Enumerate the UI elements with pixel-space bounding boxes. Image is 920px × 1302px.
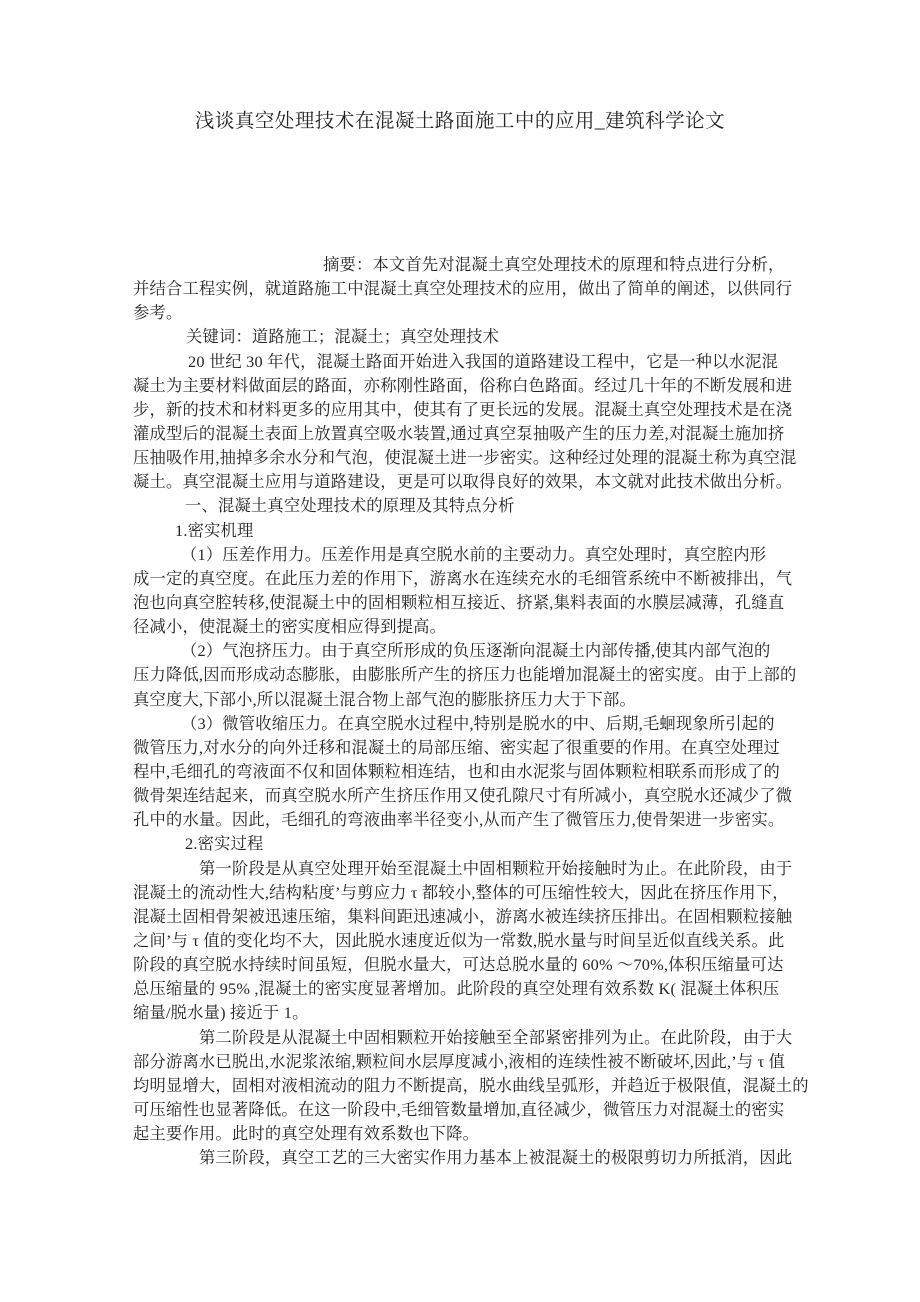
text-line: 径减小，使混凝土的密实度相应得到提高。 xyxy=(133,615,793,639)
text-line: 阶段的真空脱水持续时间虽短，但脱水量大，可达总脱水量的 60% ～70%,体积压… xyxy=(133,953,793,977)
text-line: 凝土。真空混凝土应用与道路建设，更是可以取得良好的效果，本文就对此技术做出分析。 xyxy=(133,470,793,494)
text-line: 微骨架连结起来，而真空脱水所产生挤压作用又使孔隙尺寸有所减小，真空脱水还减少了微 xyxy=(133,784,793,808)
text-line: 关键词：道路施工；混凝土；真空处理技术 xyxy=(133,325,793,349)
text-line: 并结合工程实例，就道路施工中混凝土真空处理技术的应用，做出了简单的阐述，以供同行 xyxy=(133,277,793,301)
text-line: 部分游离水已脱出,水泥浆浓缩,颗粒间水层厚度减小,液相的连续性被不断破坏,因此,… xyxy=(133,1050,793,1074)
text-line: 摘要：本文首先对混凝土真空处理技术的原理和特点进行分析， xyxy=(133,253,793,277)
text-line: 1.密实机理 xyxy=(133,519,793,543)
text-line: 混凝土固相骨架被迅速压缩，集料间距迅速减小，游离水被连续挤压排出。在固相颗粒接触 xyxy=(133,905,793,929)
text-line: （2）气泡挤压力。由于真空所形成的负压逐渐向混凝土内部传播,使其内部气泡的 xyxy=(133,639,793,663)
text-line: 步，新的技术和材料更多的应用其中，使其有了更长远的发展。混凝土真空处理技术是在浇 xyxy=(133,398,793,422)
text-line: 参考。 xyxy=(133,301,793,325)
text-line: 压抽吸作用,抽掉多余水分和气泡，使混凝土进一步密实。这种经过处理的混凝土称为真空… xyxy=(133,446,793,470)
text-line: 程中,毛细孔的弯液面不仅和固体颗粒相连结，也和由水泥浆与固体颗粒相联系而形成了的 xyxy=(133,760,793,784)
text-line: 凝土为主要材料做面层的路面，亦称刚性路面，俗称白色路面。经过几十年的不断发展和进 xyxy=(133,374,793,398)
text-line: 总压缩量的 95% ,混凝土的密实度显著增加。此阶段的真空处理有效系数 K( 混… xyxy=(133,977,793,1001)
text-line: 缩量/脱水量) 接近于 1。 xyxy=(133,1001,793,1025)
text-line: 一、混凝土真空处理技术的原理及其特点分析 xyxy=(133,494,793,518)
text-line: 混凝土的流动性大,结构粘度’与剪应力 τ 都较小,整体的可压缩性较大，因此在挤压… xyxy=(133,881,793,905)
text-line: （1）压差作用力。压差作用是真空脱水前的主要动力。真空处理时，真空腔内形 xyxy=(133,543,793,567)
text-line: （3）微管收缩压力。在真空脱水过程中,特别是脱水的中、后期,毛蛔现象所引起的 xyxy=(133,712,793,736)
text-line: 均明显增大，固相对液相流动的阻力不断提高，脱水曲线呈弧形，并趋近于极限值，混凝土… xyxy=(133,1074,793,1098)
text-line: 可压缩性也显著降低。在这一阶段中,毛细管数量增加,直径减少，微管压力对混凝土的密… xyxy=(133,1098,793,1122)
text-line: 20 世纪 30 年代，混凝土路面开始进入我国的道路建设工程中，它是一种以水泥混 xyxy=(133,350,793,374)
text-line: 第一阶段是从真空处理开始至混凝土中固相颗粒开始接触时为止。在此阶段，由于 xyxy=(133,857,793,881)
text-line: 之间’与 τ 值的变化均不大，因此脱水速度近似为一常数,脱水量与时间呈近似直线关… xyxy=(133,929,793,953)
text-line: 真空度大,下部小,所以混凝土混合物上部气泡的膨胀挤压力大于下部。 xyxy=(133,688,793,712)
text-line: 微管压力,对水分的向外迁移和混凝土的局部压缩、密实起了很重要的作用。在真空处理过 xyxy=(133,736,793,760)
page-title: 浅谈真空处理技术在混凝土路面施工中的应用_建筑科学论文 xyxy=(0,110,920,134)
text-line: 压力降低,因而形成动态膨胀，由膨胀所产生的挤压力也能增加混凝土的密实度。由于上部… xyxy=(133,663,793,687)
text-line: 2.密实过程 xyxy=(133,832,793,856)
text-line: 泡也向真空腔转移,使混凝土中的固相颗粒相互接近、挤紧,集料表面的水膜层减薄，孔缝… xyxy=(133,591,793,615)
text-line: 灌成型后的混凝土表面上放置真空吸水装置,通过真空泵抽吸产生的压力差,对混凝土施加… xyxy=(133,422,793,446)
text-line: 起主要作用。此时的真空处理有效系数也下降。 xyxy=(133,1122,793,1146)
document-body: 摘要：本文首先对混凝土真空处理技术的原理和特点进行分析，并结合工程实例，就道路施… xyxy=(133,253,793,1170)
text-line: 孔中的水量。因此，毛细孔的弯液曲率半径变小,从而产生了微管压力,使骨架进一步密实… xyxy=(133,808,793,832)
text-line: 第三阶段，真空工艺的三大密实作用力基本上被混凝土的极限剪切力所抵消，因此 xyxy=(133,1146,793,1170)
text-line: 成一定的真空度。在此压力差的作用下，游离水在连续充水的毛细管系统中不断被排出，气 xyxy=(133,567,793,591)
document-page: 浅谈真空处理技术在混凝土路面施工中的应用_建筑科学论文 摘要：本文首先对混凝土真… xyxy=(0,0,920,1302)
text-line: 第二阶段是从混凝土中固相颗粒开始接触至全部紧密排列为止。在此阶段，由于大 xyxy=(133,1026,793,1050)
